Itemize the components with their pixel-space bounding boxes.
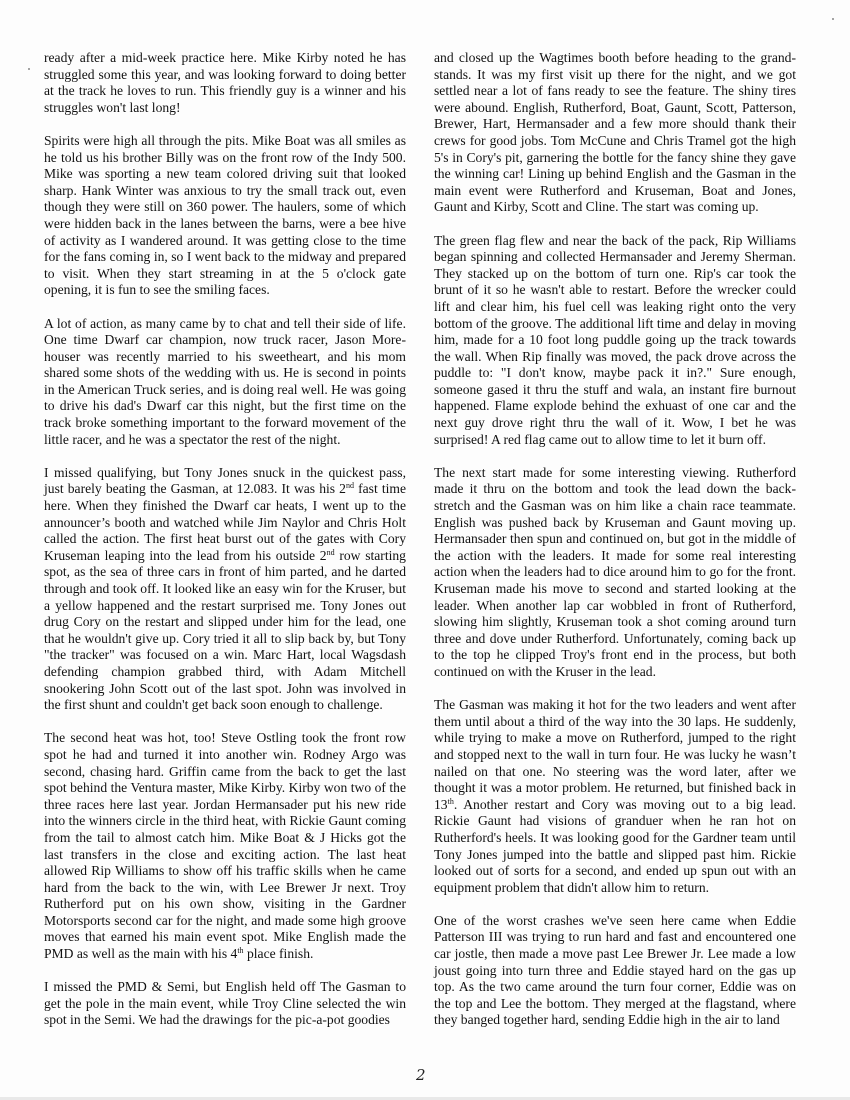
scan-speck <box>28 68 30 70</box>
ordinal-suffix: nd <box>327 548 335 557</box>
document-page: ready after a mid-week practice here. Mi… <box>0 0 850 1100</box>
paragraph: The green flag flew and near the back of… <box>434 233 796 449</box>
paragraph: and closed up the Wagtimes booth before … <box>434 50 796 216</box>
paragraph: A lot of action, as many came by to chat… <box>44 316 406 449</box>
ordinal-suffix: th <box>237 946 243 955</box>
page-number: 2 <box>416 1066 426 1084</box>
paragraph: The next start made for some interesting… <box>434 465 796 681</box>
paragraph: The Gasman was making it hot for the two… <box>434 697 796 896</box>
paragraph: Spirits were high all through the pits. … <box>44 133 406 299</box>
paragraph: One of the worst crashes we've seen here… <box>434 913 796 1029</box>
paragraph: ready after a mid-week practice here. Mi… <box>44 50 406 116</box>
paragraph: The second heat was hot, too! Steve Ostl… <box>44 730 406 962</box>
paragraph: I missed qualifying, but Tony Jones snuc… <box>44 465 406 714</box>
ordinal-suffix: nd <box>346 481 354 490</box>
left-column: ready after a mid-week practice here. Mi… <box>44 50 406 1046</box>
ordinal-suffix: th <box>448 797 454 806</box>
scan-speck <box>832 18 834 20</box>
right-column: and closed up the Wagtimes booth before … <box>434 50 796 1046</box>
paragraph: I missed the PMD & Semi, but English hel… <box>44 979 406 1029</box>
